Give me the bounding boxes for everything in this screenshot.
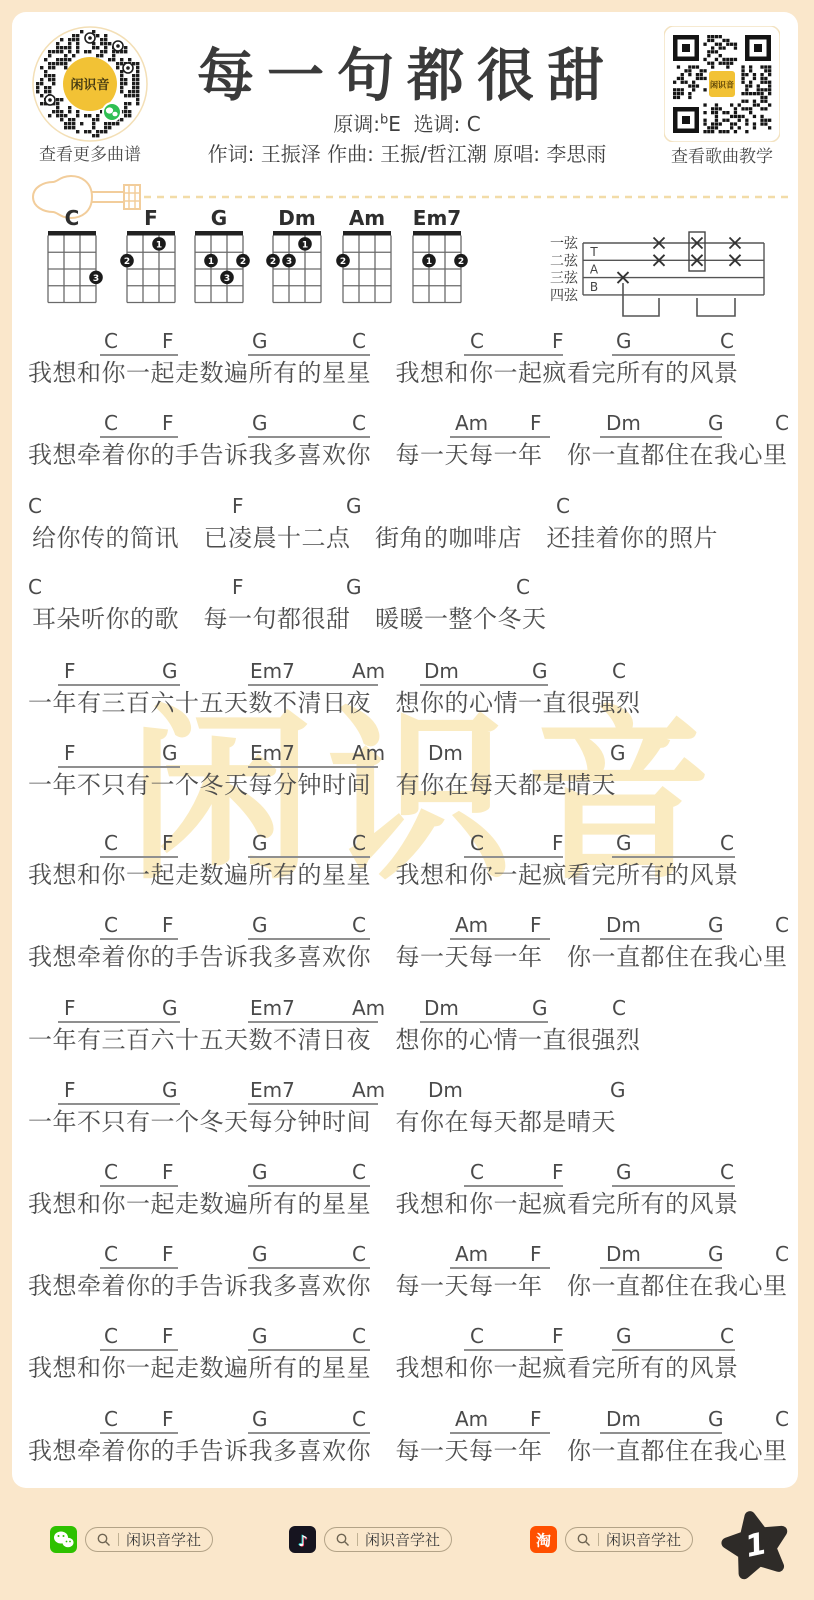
chord-label: G (610, 1079, 626, 1101)
chord-diagram-label: Am (334, 206, 400, 230)
chord-label: G (252, 914, 268, 936)
svg-text:1: 1 (426, 257, 432, 267)
chord-underline (248, 684, 378, 686)
chord-label: G (252, 1161, 268, 1183)
chord-label: F (530, 1243, 542, 1265)
chord-underline (248, 938, 370, 940)
chord-underline (612, 354, 735, 356)
chord-label: G (532, 997, 548, 1019)
chord-underline (248, 436, 370, 438)
chord-label: F (552, 832, 564, 854)
lyric-text: 一年不只有一个冬天每分钟时间 有你在每天都是晴天 (28, 1107, 616, 1137)
chord-label: C (352, 1325, 366, 1347)
lyric-line: CFGCCFGC我想和你一起走数遍所有的星星 我想和你一起疯看完所有的风景 (0, 1161, 814, 1223)
chord-label: F (64, 660, 76, 682)
page-number-star: 1 (720, 1508, 792, 1580)
chord-underline (248, 1021, 378, 1023)
search-pill-divider (118, 1533, 119, 1546)
chord-label: C (28, 576, 42, 598)
douyin-icon: ♪♪♪ (289, 1526, 316, 1553)
chord-diagram-label: Em7 (404, 206, 470, 230)
lyric-line: CFGC耳朵听你的歌 每一句都很甜 暖暖一整个冬天 (0, 576, 814, 638)
chord-label: G (162, 660, 178, 682)
chord-label: C (104, 914, 118, 936)
chord-label: Dm (606, 412, 641, 434)
chord-label: Am (352, 660, 385, 682)
chord-label: F (232, 576, 244, 598)
lyric-line: CFGCCFGC我想和你一起走数遍所有的星星 我想和你一起疯看完所有的风景 (0, 1325, 814, 1387)
chord-underline (612, 1349, 735, 1351)
svg-text:3: 3 (224, 274, 230, 284)
chord-underline (600, 436, 722, 438)
chord-label: G (610, 742, 626, 764)
lyric-text: 我想牵着你的手告诉我多喜欢你 每一天每一年 你一直都住在我心里 (28, 1436, 788, 1466)
chord-label: G (616, 1325, 632, 1347)
chord-label: Am (455, 914, 488, 936)
chord-label: Dm (606, 914, 641, 936)
svg-text:三弦: 三弦 (550, 271, 579, 287)
chord-underline (58, 766, 180, 768)
chord-label: Em7 (250, 660, 295, 682)
chord-label: F (64, 1079, 76, 1101)
chord-label: C (720, 330, 734, 352)
chord-label: Am (352, 742, 385, 764)
chord-underline (450, 938, 550, 940)
chord-underline (600, 1267, 722, 1269)
chord-label: C (104, 412, 118, 434)
chord-label: G (162, 742, 178, 764)
chord-label: Dm (428, 1079, 463, 1101)
svg-text:T: T (589, 245, 598, 259)
chord-label: C (104, 1161, 118, 1183)
chord-label: F (162, 1325, 174, 1347)
chord-label: C (352, 1161, 366, 1183)
chord-label: Dm (424, 997, 459, 1019)
chord-underline (464, 1185, 563, 1187)
svg-text:2: 2 (240, 257, 246, 267)
chord-underline (100, 1185, 178, 1187)
chord-underline (248, 1185, 370, 1187)
lyric-text: 耳朵听你的歌 每一句都很甜 暖暖一整个冬天 (32, 604, 547, 634)
chord-label: C (352, 412, 366, 434)
chord-underline (612, 856, 735, 858)
chord-label: Am (455, 1408, 488, 1430)
chord-underline (612, 1185, 735, 1187)
chord-label: C (470, 330, 484, 352)
right-qr-caption: 查看歌曲教学 (652, 142, 792, 167)
lyric-text: 我想牵着你的手告诉我多喜欢你 每一天每一年 你一直都住在我心里 (28, 942, 788, 972)
svg-text:2: 2 (270, 257, 276, 267)
chord-label: F (552, 1325, 564, 1347)
chord-label: C (104, 832, 118, 854)
search-pill-text: 闲识音学社 (365, 1529, 440, 1550)
chord-label: Em7 (250, 742, 295, 764)
chord-label: C (470, 832, 484, 854)
chord-label: C (352, 832, 366, 854)
chord-label: C (352, 1243, 366, 1265)
svg-text:一弦: 一弦 (550, 236, 579, 252)
chord-diagram-Am: Am2 (334, 206, 400, 315)
svg-text:1: 1 (302, 240, 308, 250)
chord-label: G (162, 1079, 178, 1101)
svg-text:2: 2 (124, 257, 130, 267)
chord-label: C (775, 412, 789, 434)
chord-label: Em7 (250, 1079, 295, 1101)
chord-underline (100, 1432, 178, 1434)
chord-label: G (708, 1408, 724, 1430)
lyric-text: 我想牵着你的手告诉我多喜欢你 每一天每一年 你一直都住在我心里 (28, 440, 788, 470)
chord-underline (58, 684, 180, 686)
chord-label: G (708, 412, 724, 434)
chord-label: G (616, 330, 632, 352)
search-pill: 闲识音学社 (324, 1527, 452, 1552)
svg-text:2: 2 (458, 257, 464, 267)
chord-label: Dm (606, 1408, 641, 1430)
chord-diagram-F: F12 (118, 206, 184, 315)
chord-label: C (556, 495, 570, 517)
key-original-label: 原调: (333, 112, 380, 136)
chord-underline (248, 856, 370, 858)
chord-label: Am (352, 997, 385, 1019)
svg-text:3: 3 (93, 274, 99, 284)
chord-label: G (532, 660, 548, 682)
chord-underline (100, 1349, 178, 1351)
lyric-line: CFGCCFGC我想和你一起走数遍所有的星星 我想和你一起疯看完所有的风景 (0, 832, 814, 894)
svg-text:1: 1 (208, 257, 214, 267)
chord-underline (100, 1267, 178, 1269)
svg-text:二弦: 二弦 (550, 253, 579, 269)
chord-label: C (470, 1161, 484, 1183)
search-pill-text: 闲识音学社 (606, 1529, 681, 1550)
chord-label: F (552, 330, 564, 352)
chord-label: G (252, 1243, 268, 1265)
chord-underline (464, 856, 563, 858)
chord-label: G (252, 1408, 268, 1430)
chord-label: C (104, 1408, 118, 1430)
chord-label: G (252, 1325, 268, 1347)
svg-text:四弦: 四弦 (550, 288, 579, 304)
chord-underline (248, 766, 378, 768)
chord-label: F (162, 832, 174, 854)
taobao-icon: 淘 (530, 1526, 557, 1553)
search-pill-divider (598, 1533, 599, 1546)
chord-underline (600, 938, 722, 940)
lyric-text: 一年有三百六十五天数不清日夜 想你的心情一直很强烈 (28, 1025, 641, 1055)
chord-label: C (720, 1161, 734, 1183)
chord-label: G (616, 832, 632, 854)
footer-group-taobao: 淘闲识音学社 (530, 1526, 693, 1553)
chord-label: Am (455, 412, 488, 434)
tab-staff: 一弦二弦三弦四弦TAB (518, 226, 792, 330)
chord-label: G (162, 997, 178, 1019)
lyric-line: CFGCAmFDmGC我想牵着你的手告诉我多喜欢你 每一天每一年 你一直都住在我… (0, 1408, 814, 1470)
chord-label: F (530, 1408, 542, 1430)
lyric-text: 一年有三百六十五天数不清日夜 想你的心情一直很强烈 (28, 688, 641, 718)
chord-label: G (346, 576, 362, 598)
chord-label: C (720, 832, 734, 854)
chord-underline (100, 938, 178, 940)
chord-label: Dm (606, 1243, 641, 1265)
chord-diagram-label: F (118, 206, 184, 230)
chord-label: C (470, 1325, 484, 1347)
svg-text:2: 2 (340, 257, 346, 267)
chord-label: C (104, 330, 118, 352)
lyric-line: CFGCAmFDmGC我想牵着你的手告诉我多喜欢你 每一天每一年 你一直都住在我… (0, 1243, 814, 1305)
chord-label: F (64, 997, 76, 1019)
chord-underline (58, 1021, 180, 1023)
chord-diagram-G: G123 (186, 206, 252, 315)
chord-label: C (720, 1325, 734, 1347)
svg-text:闲识音: 闲识音 (70, 77, 109, 93)
chord-underline (248, 354, 370, 356)
chord-underline (248, 1103, 378, 1105)
chord-label: G (708, 1243, 724, 1265)
chord-label: C (516, 576, 530, 598)
chord-underline (600, 1432, 722, 1434)
chord-underline (248, 1267, 370, 1269)
square-qr-code: 闲识音 (664, 26, 780, 142)
chord-underline (450, 1267, 550, 1269)
lyric-line: CFGCAmFDmGC我想牵着你的手告诉我多喜欢你 每一天每一年 你一直都住在我… (0, 914, 814, 976)
lyric-text: 我想和你一起走数遍所有的星星 我想和你一起疯看完所有的风景 (28, 1189, 739, 1219)
search-pill-divider (357, 1533, 358, 1546)
chord-diagram-label: G (186, 206, 252, 230)
chord-label: C (352, 914, 366, 936)
search-pill-text: 闲识音学社 (126, 1529, 201, 1550)
lyric-line: FGEm7AmDmG一年不只有一个冬天每分钟时间 有你在每天都是晴天 (0, 1079, 814, 1141)
chord-label: Dm (428, 742, 463, 764)
lyric-line: FGEm7AmDmGC一年有三百六十五天数不清日夜 想你的心情一直很强烈 (0, 660, 814, 722)
lyric-text: 给你传的简讯 已凌晨十二点 街角的咖啡店 还挂着你的照片 (32, 523, 718, 553)
chord-label: C (612, 997, 626, 1019)
chord-underline (464, 354, 563, 356)
search-icon (577, 1533, 591, 1547)
chord-underline (248, 1432, 370, 1434)
chord-sheet-page: 闲识音 每一句都很甜 原调:bE 选调: C 作词: 王振泽 作曲: 王振/哲江… (0, 0, 814, 1600)
chord-underline (450, 436, 550, 438)
lyric-line: FGEm7AmDmGC一年有三百六十五天数不清日夜 想你的心情一直很强烈 (0, 997, 814, 1059)
footer-group-douyin: ♪♪♪闲识音学社 (289, 1526, 452, 1553)
chord-label: F (162, 1161, 174, 1183)
key-original-value: E (388, 112, 401, 136)
svg-text:闲识音: 闲识音 (710, 80, 734, 90)
chord-underline (450, 1432, 550, 1434)
chord-label: Am (455, 1243, 488, 1265)
lyric-text: 一年不只有一个冬天每分钟时间 有你在每天都是晴天 (28, 770, 616, 800)
svg-text:1: 1 (156, 240, 162, 250)
wechat-icon (50, 1526, 77, 1553)
lyric-text: 我想和你一起走数遍所有的星星 我想和你一起疯看完所有的风景 (28, 358, 739, 388)
search-pill: 闲识音学社 (85, 1527, 213, 1552)
chord-label: F (162, 412, 174, 434)
chord-label: C (104, 1325, 118, 1347)
svg-text:3: 3 (286, 257, 292, 267)
chord-label: G (252, 832, 268, 854)
chord-label: C (775, 1408, 789, 1430)
lyric-line: CFGCCFGC我想和你一起走数遍所有的星星 我想和你一起疯看完所有的风景 (0, 330, 814, 392)
lyric-line: FGEm7AmDmG一年不只有一个冬天每分钟时间 有你在每天都是晴天 (0, 742, 814, 804)
svg-text:A: A (590, 262, 599, 276)
chord-underline (100, 354, 178, 356)
chord-label: G (346, 495, 362, 517)
chord-diagram-label: C (39, 206, 105, 230)
chord-label: G (708, 914, 724, 936)
lyric-text: 我想和你一起走数遍所有的星星 我想和你一起疯看完所有的风景 (28, 860, 739, 890)
svg-text:♪: ♪ (298, 1532, 308, 1550)
chord-underline (58, 1103, 180, 1105)
lyric-text: 我想牵着你的手告诉我多喜欢你 每一天每一年 你一直都住在我心里 (28, 1271, 788, 1301)
chord-diagram-label: Dm (264, 206, 330, 230)
chord-label: F (530, 914, 542, 936)
chord-label: C (28, 495, 42, 517)
chord-underline (100, 856, 178, 858)
chord-label: Dm (424, 660, 459, 682)
lyric-line: CFGCAmFDmGC我想牵着你的手告诉我多喜欢你 每一天每一年 你一直都住在我… (0, 412, 814, 474)
chord-label: F (64, 742, 76, 764)
chord-label: F (162, 1243, 174, 1265)
chord-underline (420, 684, 548, 686)
search-pill: 闲识音学社 (565, 1527, 693, 1552)
chord-underline (248, 1349, 370, 1351)
chord-diagram-Em7: Em712 (404, 206, 470, 315)
chord-underline (420, 1021, 548, 1023)
search-icon (336, 1533, 350, 1547)
chord-label: F (162, 1408, 174, 1430)
search-icon (97, 1533, 111, 1547)
chord-label: Am (352, 1079, 385, 1101)
chord-label: F (232, 495, 244, 517)
chord-label: C (612, 660, 626, 682)
footer-group-wechat: 闲识音学社 (50, 1526, 213, 1553)
chord-label: G (616, 1161, 632, 1183)
chord-label: F (552, 1161, 564, 1183)
chord-label: F (530, 412, 542, 434)
svg-text:淘: 淘 (536, 1532, 551, 1550)
chord-label: C (352, 1408, 366, 1430)
chord-diagram-Dm: Dm123 (264, 206, 330, 315)
chord-label: G (252, 412, 268, 434)
chord-label: G (252, 330, 268, 352)
chord-label: C (104, 1243, 118, 1265)
lyric-line: CFGC给你传的简讯 已凌晨十二点 街角的咖啡店 还挂着你的照片 (0, 495, 814, 557)
chord-label: Em7 (250, 997, 295, 1019)
chord-underline (464, 1349, 563, 1351)
lyric-text: 我想和你一起走数遍所有的星星 我想和你一起疯看完所有的风景 (28, 1353, 739, 1383)
chord-underline (100, 436, 178, 438)
chord-diagram-C: C3 (39, 206, 105, 315)
chord-label: C (775, 1243, 789, 1265)
svg-text:B: B (590, 280, 598, 294)
circular-qr-code: 闲识音 (30, 24, 150, 144)
chord-label: C (775, 914, 789, 936)
chord-label: C (352, 330, 366, 352)
chord-label: F (162, 914, 174, 936)
chord-label: F (162, 330, 174, 352)
key-selected: 选调: C (414, 112, 481, 136)
